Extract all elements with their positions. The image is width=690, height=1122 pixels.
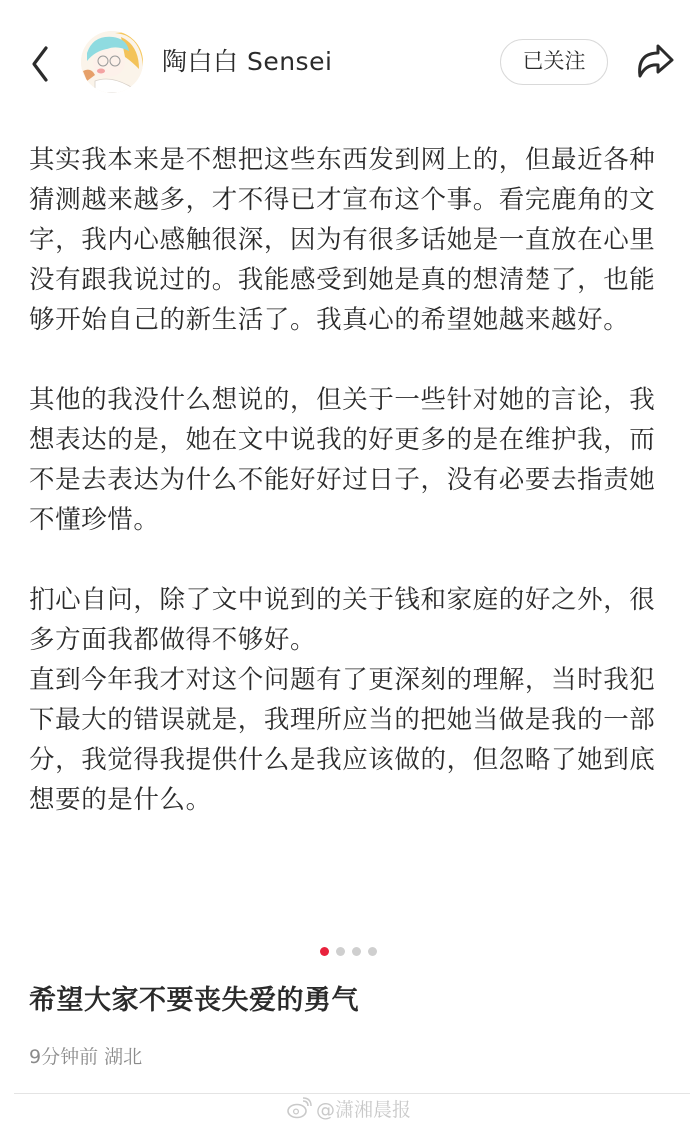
post-paragraph: 其实我本来是不想把这些东西发到网上的，但最近各种猜测越来越多，才不得已才宣布这个… [29,140,669,340]
watermark: @潇湘晨报 [286,1093,411,1122]
weibo-logo-icon [286,1097,312,1119]
back-button[interactable] [22,42,62,86]
carousel-dot[interactable] [352,947,361,956]
post-paragraph: 其他的我没什么想说的，但关于一些针对她的言论，我想表达的是，她在文中说我的好更多… [29,380,669,540]
following-button[interactable]: 已关注 [500,39,608,85]
post-time: 9分钟前 [29,1046,98,1068]
post-location: 湖北 [104,1046,142,1068]
share-button[interactable] [632,42,676,82]
carousel-indicator [320,947,377,956]
carousel-dot[interactable] [336,947,345,956]
post-paragraph: 扪心自问，除了文中说到的关于钱和家庭的好之外，很多方面我都做得不够好。 [29,580,669,660]
post-body: 其实我本来是不想把这些东西发到网上的，但最近各种猜测越来越多，才不得已才宣布这个… [29,140,669,820]
username[interactable]: 陶白白 Sensei [162,44,332,80]
paragraph-gap [29,340,669,380]
post-paragraph: 直到今年我才对这个问题有了更深刻的理解，当时我犯下最大的错误就是，我理所应当的把… [29,660,669,820]
carousel-dot[interactable] [368,947,377,956]
post-meta: 9分钟前 湖北 [29,1043,142,1071]
carousel-dot-active[interactable] [320,947,329,956]
watermark-text: @潇湘晨报 [316,1095,411,1122]
post-header: 陶白白 Sensei 已关注 [0,0,690,120]
paragraph-gap [29,540,669,580]
share-arrow-icon [632,42,676,82]
avatar-illustration-icon [81,31,143,93]
avatar[interactable] [81,31,143,93]
post-title: 希望大家不要丧失爱的勇气 [29,981,359,1021]
chevron-left-icon [22,42,62,86]
